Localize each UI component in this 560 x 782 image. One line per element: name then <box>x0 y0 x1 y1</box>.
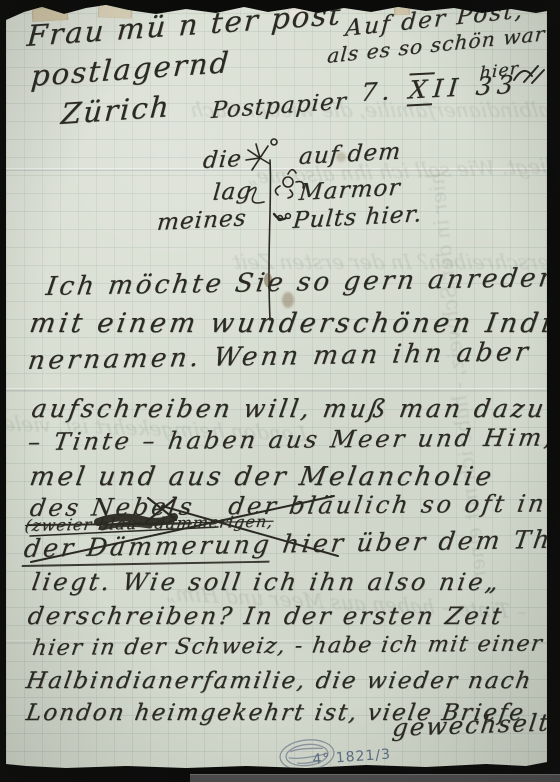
body-line: Ich möchte Sie so gern anreden <box>44 265 560 300</box>
body-line: – Tinte – haben aus Meer und Him„ <box>26 425 560 454</box>
body-line: derschreiben? In der ersten Zeit <box>26 604 505 628</box>
body-line: mit einem wunderschönen India <box>28 310 560 337</box>
letter-page: Halbindianerfamilie, die wieder nach lie… <box>6 4 547 770</box>
scanner-edge-bar <box>190 774 560 782</box>
date-month-roman-ii: II <box>432 73 464 104</box>
date-day: 7. <box>360 76 397 107</box>
scanned-letter-photo: Halbindianerfamilie, die wieder nach lie… <box>0 0 560 782</box>
flower-sketch-icon <box>230 130 320 330</box>
body-closing-word: gewechselt. <box>391 710 560 740</box>
date-year: 33 <box>475 70 520 101</box>
body-line: hier in der Schweiz, - habe ich mit eine… <box>31 634 545 660</box>
body-line: aufschreiben will, muß man dazu <box>30 396 548 421</box>
bleed-through-text: hier in der Schweiz, - habe ich mit eine… <box>426 172 489 580</box>
address-line-recipient: Frau mü n ter post <box>26 0 343 51</box>
date-month-roman-x: X <box>407 72 435 106</box>
deletion-strokes-icon <box>16 486 346 581</box>
address-line-poste-restante: postlagernd <box>30 48 231 91</box>
body-line: Halbindianerfamilie, die wieder nach <box>24 670 534 693</box>
address-line-city: Zürich <box>60 92 172 129</box>
